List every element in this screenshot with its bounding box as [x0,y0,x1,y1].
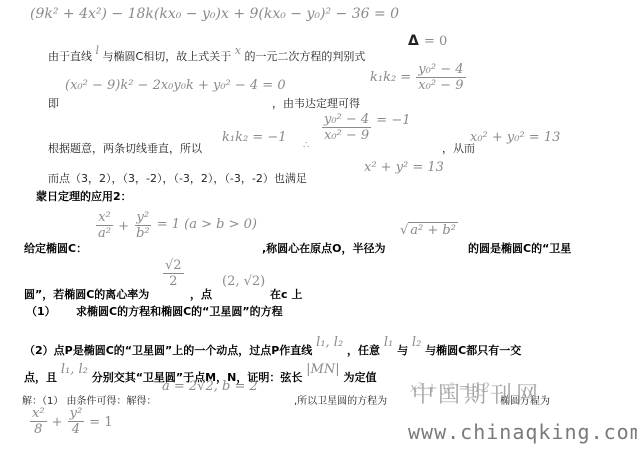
k-product-formula: k₁k₂ = y₀² − 4 x₀² − 9 [370,62,466,93]
text-on-c: 在c 上 [270,286,302,302]
watermark-chinese: 中国期刊网 [412,378,542,409]
text-point: ，点 [190,286,212,302]
k-eq: k₁k₂ = −1 [222,130,287,145]
var-l: l [96,44,100,57]
equation-quadratic: (9k² + 4x²) − 18k(kx₀ − y₀)x + 9(kx₀ − y… [30,6,399,22]
circle-eq: x² + y² = 13 [364,160,444,175]
text-points: 而点（3，2），（3，-2），（-3，2），（-3，-2）也满足 [48,170,307,186]
fraction-eq: y₀² − 4 x₀² − 9 = −1 [322,112,411,143]
question-1-text: 求椭圆C的方程和椭圆C的“卫星圆”的方程 [76,303,283,319]
result-eq: x₀² + y₀² = 13 [470,130,560,145]
text-vieta: ，由韦达定理可得 [272,95,360,111]
text-perpendicular: 根据题意，两条切线垂直，所以 [48,140,202,156]
var-x: x [235,44,241,57]
watermark-url: www.chinaqking.com [408,420,637,444]
question-1-label: （1） [26,303,56,319]
solution-circle-text: ,所以卫星圆的方程为 [294,392,387,407]
text: 的一元二次方程的判别式 [244,50,365,63]
text-tangent-condition: 由于直线 l 与椭圆C相切，故上式关于 x 的一元二次方程的判别式 [48,44,365,64]
prefix-ji: 即 [48,95,59,111]
fraction: y₀² − 4 x₀² − 9 [416,62,465,93]
text-eccentricity: 圆”，若椭圆C的离心率为 [24,286,149,302]
point-coords: (2, √2) [222,274,265,289]
solution-ellipse-eq: x² 8 + y² 4 = 1 [30,406,113,437]
delta-symbol: Δ [408,33,419,49]
discriminant-eq: Δ = 0 [408,30,447,49]
equation-k: (x₀² − 9)k² − 2x₀y₀k + y₀² − 4 = 0 [65,78,286,93]
delta-eq: = 0 [424,34,447,49]
text: 与椭圆C相切，故上式关于 [103,50,232,63]
given-label: 给定椭圆C： [24,240,87,256]
question-2-line1: （2）点P是椭圆C的“卫星圆”上的一个动点，过点P作直线 l₁, l₂ ，任意 … [24,335,521,358]
text-satellite-desc2: 的圆是椭圆C的“卫星 [468,240,571,256]
solution-values: a = 2√2, b = 2 [162,379,258,394]
eccentricity-fraction: √2 2 [163,258,184,289]
text-satellite-desc1: ,称圆心在原点O，半径为 [262,240,386,256]
radius-sqrt: √a² + b² [400,222,458,238]
ellipse-equation: x² a² + y² b² = 1 (a > b > 0) [96,210,257,241]
text: 由于直线 [48,50,92,63]
section-title: 蒙日定理的应用2： [36,188,132,204]
therefore-symbol: ∴ [303,140,309,151]
solution-prefix: 解：（1） 由条件可得：解得： [22,392,157,407]
k-product: k₁k₂ = [370,70,411,85]
